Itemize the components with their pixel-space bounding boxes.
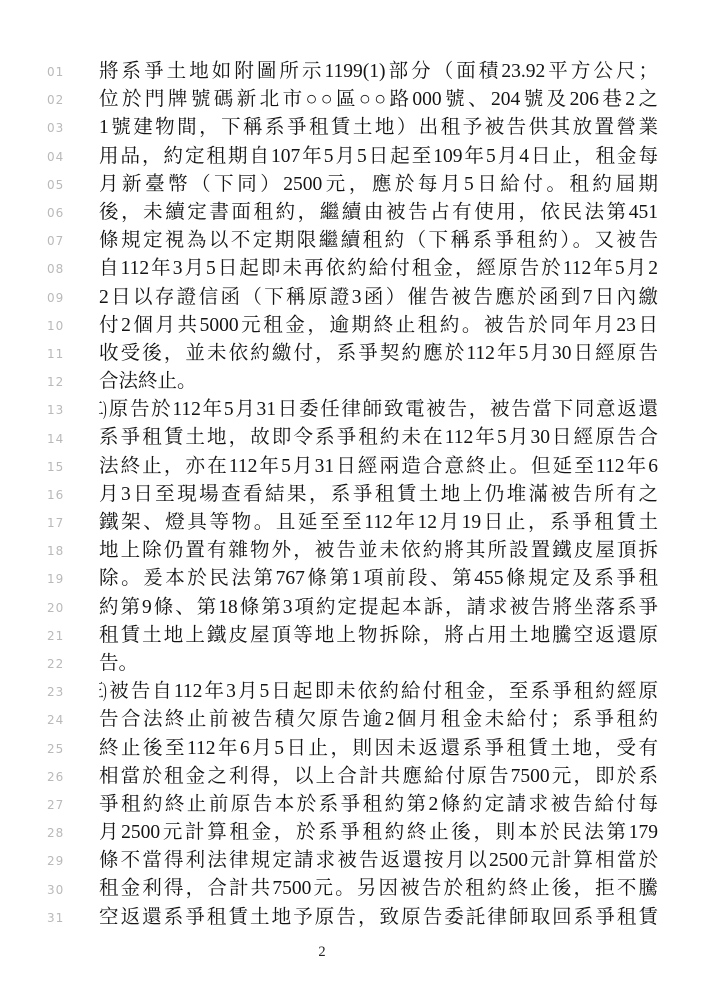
line-text: 爭租約終止前原告本於系爭租約第2條約定請求被告給付每 <box>99 791 658 819</box>
line-body-text: 法終止，亦在112年5月31日經兩造合意終止。但延至112年6 <box>99 456 658 477</box>
line-number: 24 <box>47 713 64 727</box>
document-line: 20 約第9條、第18條第3項約定提起本訴，請求被告將坐落系爭 <box>0 594 706 622</box>
line-text: 告合法終止前被告積欠原告逾2個月租金未給付；系爭租約 <box>99 706 658 734</box>
line-body-text: 空返還系爭租賃土地予原告，致原告委託律師取回系爭租賃 <box>99 907 658 928</box>
line-number: 31 <box>47 911 64 925</box>
line-body-text: 後，未續定書面租約，繼續由被告占有使用，依民法第451 <box>99 202 658 223</box>
line-number: 25 <box>47 742 64 756</box>
document-line: 21 租賃土地上鐵皮屋頂等地上物拆除，將占用土地騰空返還原 <box>0 622 706 650</box>
line-text: (三)被告自112年3月5日起即未依約給付租金，至系爭租約經原 <box>99 678 658 706</box>
line-text: 地上除仍置有雜物外，被告並未依約將其所設置鐵皮屋頂拆 <box>99 537 658 565</box>
document-line: 04 用品，約定租期自107年5月5日起至109年5月4日止，租金每 <box>0 143 706 171</box>
line-body-text: 2日以存證信函（下稱原證3函）催告被告應於函到7日內繳 <box>99 287 658 308</box>
document-line: 24 告合法終止前被告積欠原告逾2個月租金未給付；系爭租約 <box>0 706 706 734</box>
line-body-text: 相當於租金之利得，以上合計共應給付原告7500元，即於系 <box>99 766 658 787</box>
document-line: 26 相當於租金之利得，以上合計共應給付原告7500元，即於系 <box>0 763 706 791</box>
line-text: 1號建物間，下稱系爭租賃土地）出租予被告供其放置營業 <box>99 114 658 142</box>
line-body-text: 租賃土地上鐵皮屋頂等地上物拆除，將占用土地騰空返還原 <box>99 625 658 646</box>
line-body-text: 將系爭土地如附圖所示1199(1)部分（面積23.92平方公尺； <box>99 61 658 82</box>
line-number: 28 <box>47 826 64 840</box>
document-line: 29 條不當得利法律規定請求被告返還按月以2500元計算相當於 <box>0 847 706 875</box>
document-line: 08 自112年3月5日起即未再依約給付租金，經原告於112年5月2 <box>0 255 706 283</box>
line-body-text: 位於門牌號碼新北市○○區○○路000號、204號及206巷2之 <box>99 89 658 110</box>
judgment-page: 01 將系爭土地如附圖所示1199(1)部分（面積23.92平方公尺； 02 位… <box>0 0 706 1000</box>
line-text: 條規定視為以不定期限繼續租約（下稱系爭租約）。又被告 <box>99 227 658 255</box>
line-body-text: 1號建物間，下稱系爭租賃土地）出租予被告供其放置營業 <box>99 117 658 138</box>
line-number: 05 <box>47 178 64 192</box>
document-line: 07 條規定視為以不定期限繼續租約（下稱系爭租約）。又被告 <box>0 227 706 255</box>
document-line: 05 月新臺幣（下同）2500元，應於每月5日給付。租約屆期 <box>0 171 706 199</box>
document-line: 16 月3日至現場查看結果，系爭租賃土地上仍堆滿被告所有之 <box>0 481 706 509</box>
document-line: 28 月2500元計算租金，於系爭租約終止後，則本於民法第179 <box>0 819 706 847</box>
line-number: 20 <box>47 601 64 615</box>
line-text: 條不當得利法律規定請求被告返還按月以2500元計算相當於 <box>99 847 658 875</box>
line-body-text: 爭租約終止前原告本於系爭租約第2條約定請求被告給付每 <box>99 794 658 815</box>
line-number: 17 <box>47 516 64 530</box>
line-text: 除。爰本於民法第767條第1項前段、第455條規定及系爭租 <box>99 565 658 593</box>
line-body-text: 鐵架、燈具等物。且延至至112年12月19日止，系爭租賃土 <box>99 512 658 533</box>
line-body-text: 除。爰本於民法第767條第1項前段、第455條規定及系爭租 <box>99 568 658 589</box>
line-number: 10 <box>47 319 64 333</box>
line-number: 08 <box>47 262 64 276</box>
document-line: 11 收受後，並未依約繳付，系爭契約應於112年5月30日經原告 <box>0 340 706 368</box>
document-line: 31 空返還系爭租賃土地予原告，致原告委託律師取回系爭租賃 <box>0 904 706 932</box>
line-body-text: 月3日至現場查看結果，系爭租賃土地上仍堆滿被告所有之 <box>99 484 658 505</box>
line-number: 29 <box>47 854 64 868</box>
line-number: 04 <box>47 150 64 164</box>
line-text: (二)原告於112年5月31日委任律師致電被告，被告當下同意返還 <box>99 396 658 424</box>
line-text: 約第9條、第18條第3項約定提起本訴，請求被告將坐落系爭 <box>99 594 658 622</box>
document-body: 01 將系爭土地如附圖所示1199(1)部分（面積23.92平方公尺； 02 位… <box>0 58 706 932</box>
line-body-text: 條不當得利法律規定請求被告返還按月以2500元計算相當於 <box>99 850 658 871</box>
line-body-text: 用品，約定租期自107年5月5日起至109年5月4日止，租金每 <box>99 146 658 167</box>
line-text: 合法終止。 <box>99 368 658 396</box>
line-text: 租賃土地上鐵皮屋頂等地上物拆除，將占用土地騰空返還原 <box>99 622 658 650</box>
line-text: 法終止，亦在112年5月31日經兩造合意終止。但延至112年6 <box>99 453 658 481</box>
document-line: 23 (三)被告自112年3月5日起即未依約給付租金，至系爭租約經原 <box>0 678 706 706</box>
line-number: 15 <box>47 460 64 474</box>
line-body-text: 合法終止。 <box>99 371 197 392</box>
document-line: 15 法終止，亦在112年5月31日經兩造合意終止。但延至112年6 <box>0 453 706 481</box>
line-text: 位於門牌號碼新北市○○區○○路000號、204號及206巷2之 <box>99 86 658 114</box>
document-line: 25 終止後至112年6月5日止，則因未返還系爭租賃土地，受有 <box>0 735 706 763</box>
line-number: 09 <box>47 291 64 305</box>
line-text: 月3日至現場查看結果，系爭租賃土地上仍堆滿被告所有之 <box>99 481 658 509</box>
document-line: 09 2日以存證信函（下稱原證3函）催告被告應於函到7日內繳 <box>0 284 706 312</box>
line-text: 相當於租金之利得，以上合計共應給付原告7500元，即於系 <box>99 763 658 791</box>
line-number: 19 <box>47 572 64 586</box>
document-line: 12 合法終止。 <box>0 368 706 396</box>
line-text: 將系爭土地如附圖所示1199(1)部分（面積23.92平方公尺； <box>99 58 658 86</box>
line-number: 22 <box>47 657 64 671</box>
line-number: 23 <box>47 685 64 699</box>
line-text: 終止後至112年6月5日止，則因未返還系爭租賃土地，受有 <box>99 735 658 763</box>
line-body-text: 付2個月共5000元租金，逾期終止租約。被告於同年月23日 <box>99 315 658 336</box>
line-body-text: 月新臺幣（下同）2500元，應於每月5日給付。租約屆期 <box>99 174 658 195</box>
line-body-text: 月2500元計算租金，於系爭租約終止後，則本於民法第179 <box>99 822 658 843</box>
line-body-text: 被告自112年3月5日起即未依約給付租金，至系爭租約經原 <box>107 681 658 702</box>
document-line: 03 1號建物間，下稱系爭租賃土地）出租予被告供其放置營業 <box>0 114 706 142</box>
document-line: 13 (二)原告於112年5月31日委任律師致電被告，被告當下同意返還 <box>0 396 706 424</box>
line-text: 付2個月共5000元租金，逾期終止租約。被告於同年月23日 <box>99 312 658 340</box>
line-number: 11 <box>47 347 64 361</box>
document-line: 18 地上除仍置有雜物外，被告並未依約將其所設置鐵皮屋頂拆 <box>0 537 706 565</box>
line-number: 30 <box>47 883 64 897</box>
document-line: 22 告。 <box>0 650 706 678</box>
document-line: 17 鐵架、燈具等物。且延至至112年12月19日止，系爭租賃土 <box>0 509 706 537</box>
line-number: 27 <box>47 798 64 812</box>
line-number: 01 <box>47 65 64 79</box>
line-number: 26 <box>47 770 64 784</box>
document-line: 01 將系爭土地如附圖所示1199(1)部分（面積23.92平方公尺； <box>0 58 706 86</box>
line-number: 21 <box>47 629 64 643</box>
line-number: 12 <box>47 375 64 389</box>
document-line: 27 爭租約終止前原告本於系爭租約第2條約定請求被告給付每 <box>0 791 706 819</box>
line-number: 06 <box>47 206 64 220</box>
document-line: 06 後，未續定書面租約，繼續由被告占有使用，依民法第451 <box>0 199 706 227</box>
line-text: 用品，約定租期自107年5月5日起至109年5月4日止，租金每 <box>99 143 658 171</box>
line-body-text: 地上除仍置有雜物外，被告並未依約將其所設置鐵皮屋頂拆 <box>99 540 658 561</box>
document-line: 10 付2個月共5000元租金，逾期終止租約。被告於同年月23日 <box>0 312 706 340</box>
line-body-text: 自112年3月5日起即未再依約給付租金，經原告於112年5月2 <box>99 258 658 279</box>
document-line: 02 位於門牌號碼新北市○○區○○路000號、204號及206巷2之 <box>0 86 706 114</box>
line-text: 自112年3月5日起即未再依約給付租金，經原告於112年5月2 <box>99 255 658 283</box>
line-number: 14 <box>47 432 64 446</box>
line-number: 13 <box>47 403 64 417</box>
line-text: 月新臺幣（下同）2500元，應於每月5日給付。租約屆期 <box>99 171 658 199</box>
line-text: 月2500元計算租金，於系爭租約終止後，則本於民法第179 <box>99 819 658 847</box>
line-text: 告。 <box>99 650 658 678</box>
line-body-text: 約第9條、第18條第3項約定提起本訴，請求被告將坐落系爭 <box>99 597 658 618</box>
line-number: 02 <box>47 93 64 107</box>
page-number: 2 <box>272 944 372 961</box>
line-body-text: 告合法終止前被告積欠原告逾2個月租金未給付；系爭租約 <box>99 709 658 730</box>
line-body-text: 條規定視為以不定期限繼續租約（下稱系爭租約）。又被告 <box>99 230 658 251</box>
line-number: 03 <box>47 121 64 135</box>
line-body-text: 原告於112年5月31日委任律師致電被告，被告當下同意返還 <box>107 399 658 420</box>
line-text: 空返還系爭租賃土地予原告，致原告委託律師取回系爭租賃 <box>99 904 658 932</box>
line-number: 07 <box>47 234 64 248</box>
line-body-text: 告。 <box>99 653 138 674</box>
line-text: 2日以存證信函（下稱原證3函）催告被告應於函到7日內繳 <box>99 284 658 312</box>
line-text: 收受後，並未依約繳付，系爭契約應於112年5月30日經原告 <box>99 340 658 368</box>
line-number: 16 <box>47 488 64 502</box>
document-line: 14 系爭租賃土地，故即令系爭租約未在112年5月30日經原告合 <box>0 424 706 452</box>
line-body-text: 終止後至112年6月5日止，則因未返還系爭租賃土地，受有 <box>99 738 658 759</box>
line-text: 系爭租賃土地，故即令系爭租約未在112年5月30日經原告合 <box>99 424 658 452</box>
line-text: 後，未續定書面租約，繼續由被告占有使用，依民法第451 <box>99 199 658 227</box>
line-text: 鐵架、燈具等物。且延至至112年12月19日止，系爭租賃土 <box>99 509 658 537</box>
line-body-text: 系爭租賃土地，故即令系爭租約未在112年5月30日經原告合 <box>99 427 658 448</box>
line-body-text: 收受後，並未依約繳付，系爭契約應於112年5月30日經原告 <box>99 343 658 364</box>
line-body-text: 租金利得，合計共7500元。另因被告於租約終止後，拒不騰 <box>99 878 658 899</box>
document-line: 19 除。爰本於民法第767條第1項前段、第455條規定及系爭租 <box>0 565 706 593</box>
line-number: 18 <box>47 544 64 558</box>
line-text: 租金利得，合計共7500元。另因被告於租約終止後，拒不騰 <box>99 875 658 903</box>
document-line: 30 租金利得，合計共7500元。另因被告於租約終止後，拒不騰 <box>0 875 706 903</box>
